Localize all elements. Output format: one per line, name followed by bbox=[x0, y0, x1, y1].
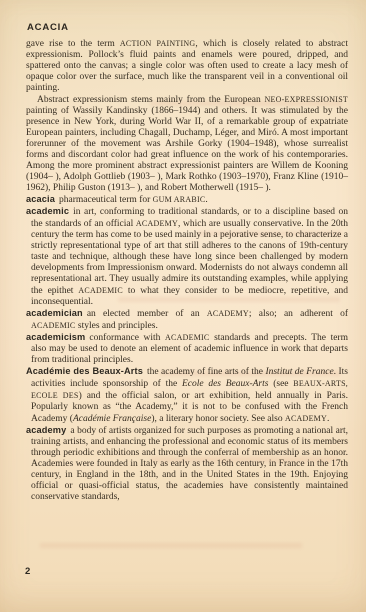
entry-headword: acacia bbox=[26, 194, 55, 204]
text-run: gave rise to the term bbox=[26, 39, 120, 49]
text-run: an elected member of an bbox=[87, 309, 207, 319]
paragraph: Abstract expressionism stems mainly from… bbox=[26, 94, 348, 194]
text-run: Institut de France bbox=[265, 367, 333, 377]
text-run: conformance with bbox=[89, 333, 165, 343]
entry-headword: academicism bbox=[26, 332, 85, 342]
text-block: gave rise to the term ACTION PAINTING, w… bbox=[26, 38, 348, 503]
entry-acad-mie-des-beaux-arts: Académie des Beaux-Artsthe academy of fi… bbox=[26, 366, 348, 425]
entry-academic: academicin art, conforming to traditiona… bbox=[26, 206, 348, 308]
entry-headword: Académie des Beaux-Arts bbox=[26, 366, 143, 376]
text-run: styles and principles. bbox=[76, 321, 158, 331]
cross-reference: NEO-EXPRESSIONIST bbox=[265, 95, 349, 104]
cross-reference: ACTION PAINTING bbox=[120, 39, 196, 48]
cross-reference: ACADEMIC bbox=[78, 286, 123, 295]
text-run: a body of artists organized for such pur… bbox=[31, 426, 348, 502]
entry-headword: academician bbox=[26, 308, 83, 318]
cross-reference: ACADEMY bbox=[207, 309, 249, 318]
paragraph: gave rise to the term ACTION PAINTING, w… bbox=[26, 38, 348, 94]
entry-academician: academicianan elected member of an ACADE… bbox=[26, 308, 348, 332]
text-run: , which are usually conservative. In the… bbox=[31, 219, 348, 296]
page-number: 2 bbox=[25, 566, 30, 577]
text-run: Ecole des Beaux-Arts bbox=[182, 379, 269, 389]
cross-reference: ACADEMY bbox=[136, 219, 178, 228]
text-run: ), a literary honor society. See also bbox=[151, 414, 285, 424]
text-run: Académie Française bbox=[73, 414, 151, 424]
cross-reference: ACADEMIC bbox=[165, 333, 210, 342]
book-page: ACACIA gave rise to the term ACTION PAIN… bbox=[0, 0, 366, 612]
cross-reference: ACADEMIC bbox=[31, 321, 76, 330]
entry-academy: academya body of artists organized for s… bbox=[26, 425, 348, 503]
text-run: (see bbox=[268, 379, 293, 389]
cross-reference: GUM ARABIC bbox=[153, 195, 206, 204]
entry-acacia: acaciapharmaceutical term for GUM ARABIC… bbox=[26, 194, 348, 206]
text-run: the academy of fine arts of the bbox=[147, 367, 265, 377]
text-run: ; also; an adherent of bbox=[249, 309, 348, 319]
text-run: . bbox=[205, 195, 207, 205]
text-run: painting of Wassily Kandinsky (1866–1944… bbox=[26, 106, 348, 193]
text-run: pharmaceutical term for bbox=[59, 195, 153, 205]
entry-headword: academic bbox=[26, 206, 69, 216]
text-run: Abstract expressionism stems mainly from… bbox=[37, 95, 265, 105]
running-head: ACACIA bbox=[27, 22, 69, 33]
showthrough-smudge bbox=[40, 543, 302, 548]
cross-reference: ACADEMY bbox=[285, 414, 327, 423]
entry-headword: academy bbox=[26, 425, 66, 435]
entry-academicism: academicismconformance with ACADEMIC sta… bbox=[26, 332, 348, 366]
text-run: . bbox=[327, 414, 329, 424]
